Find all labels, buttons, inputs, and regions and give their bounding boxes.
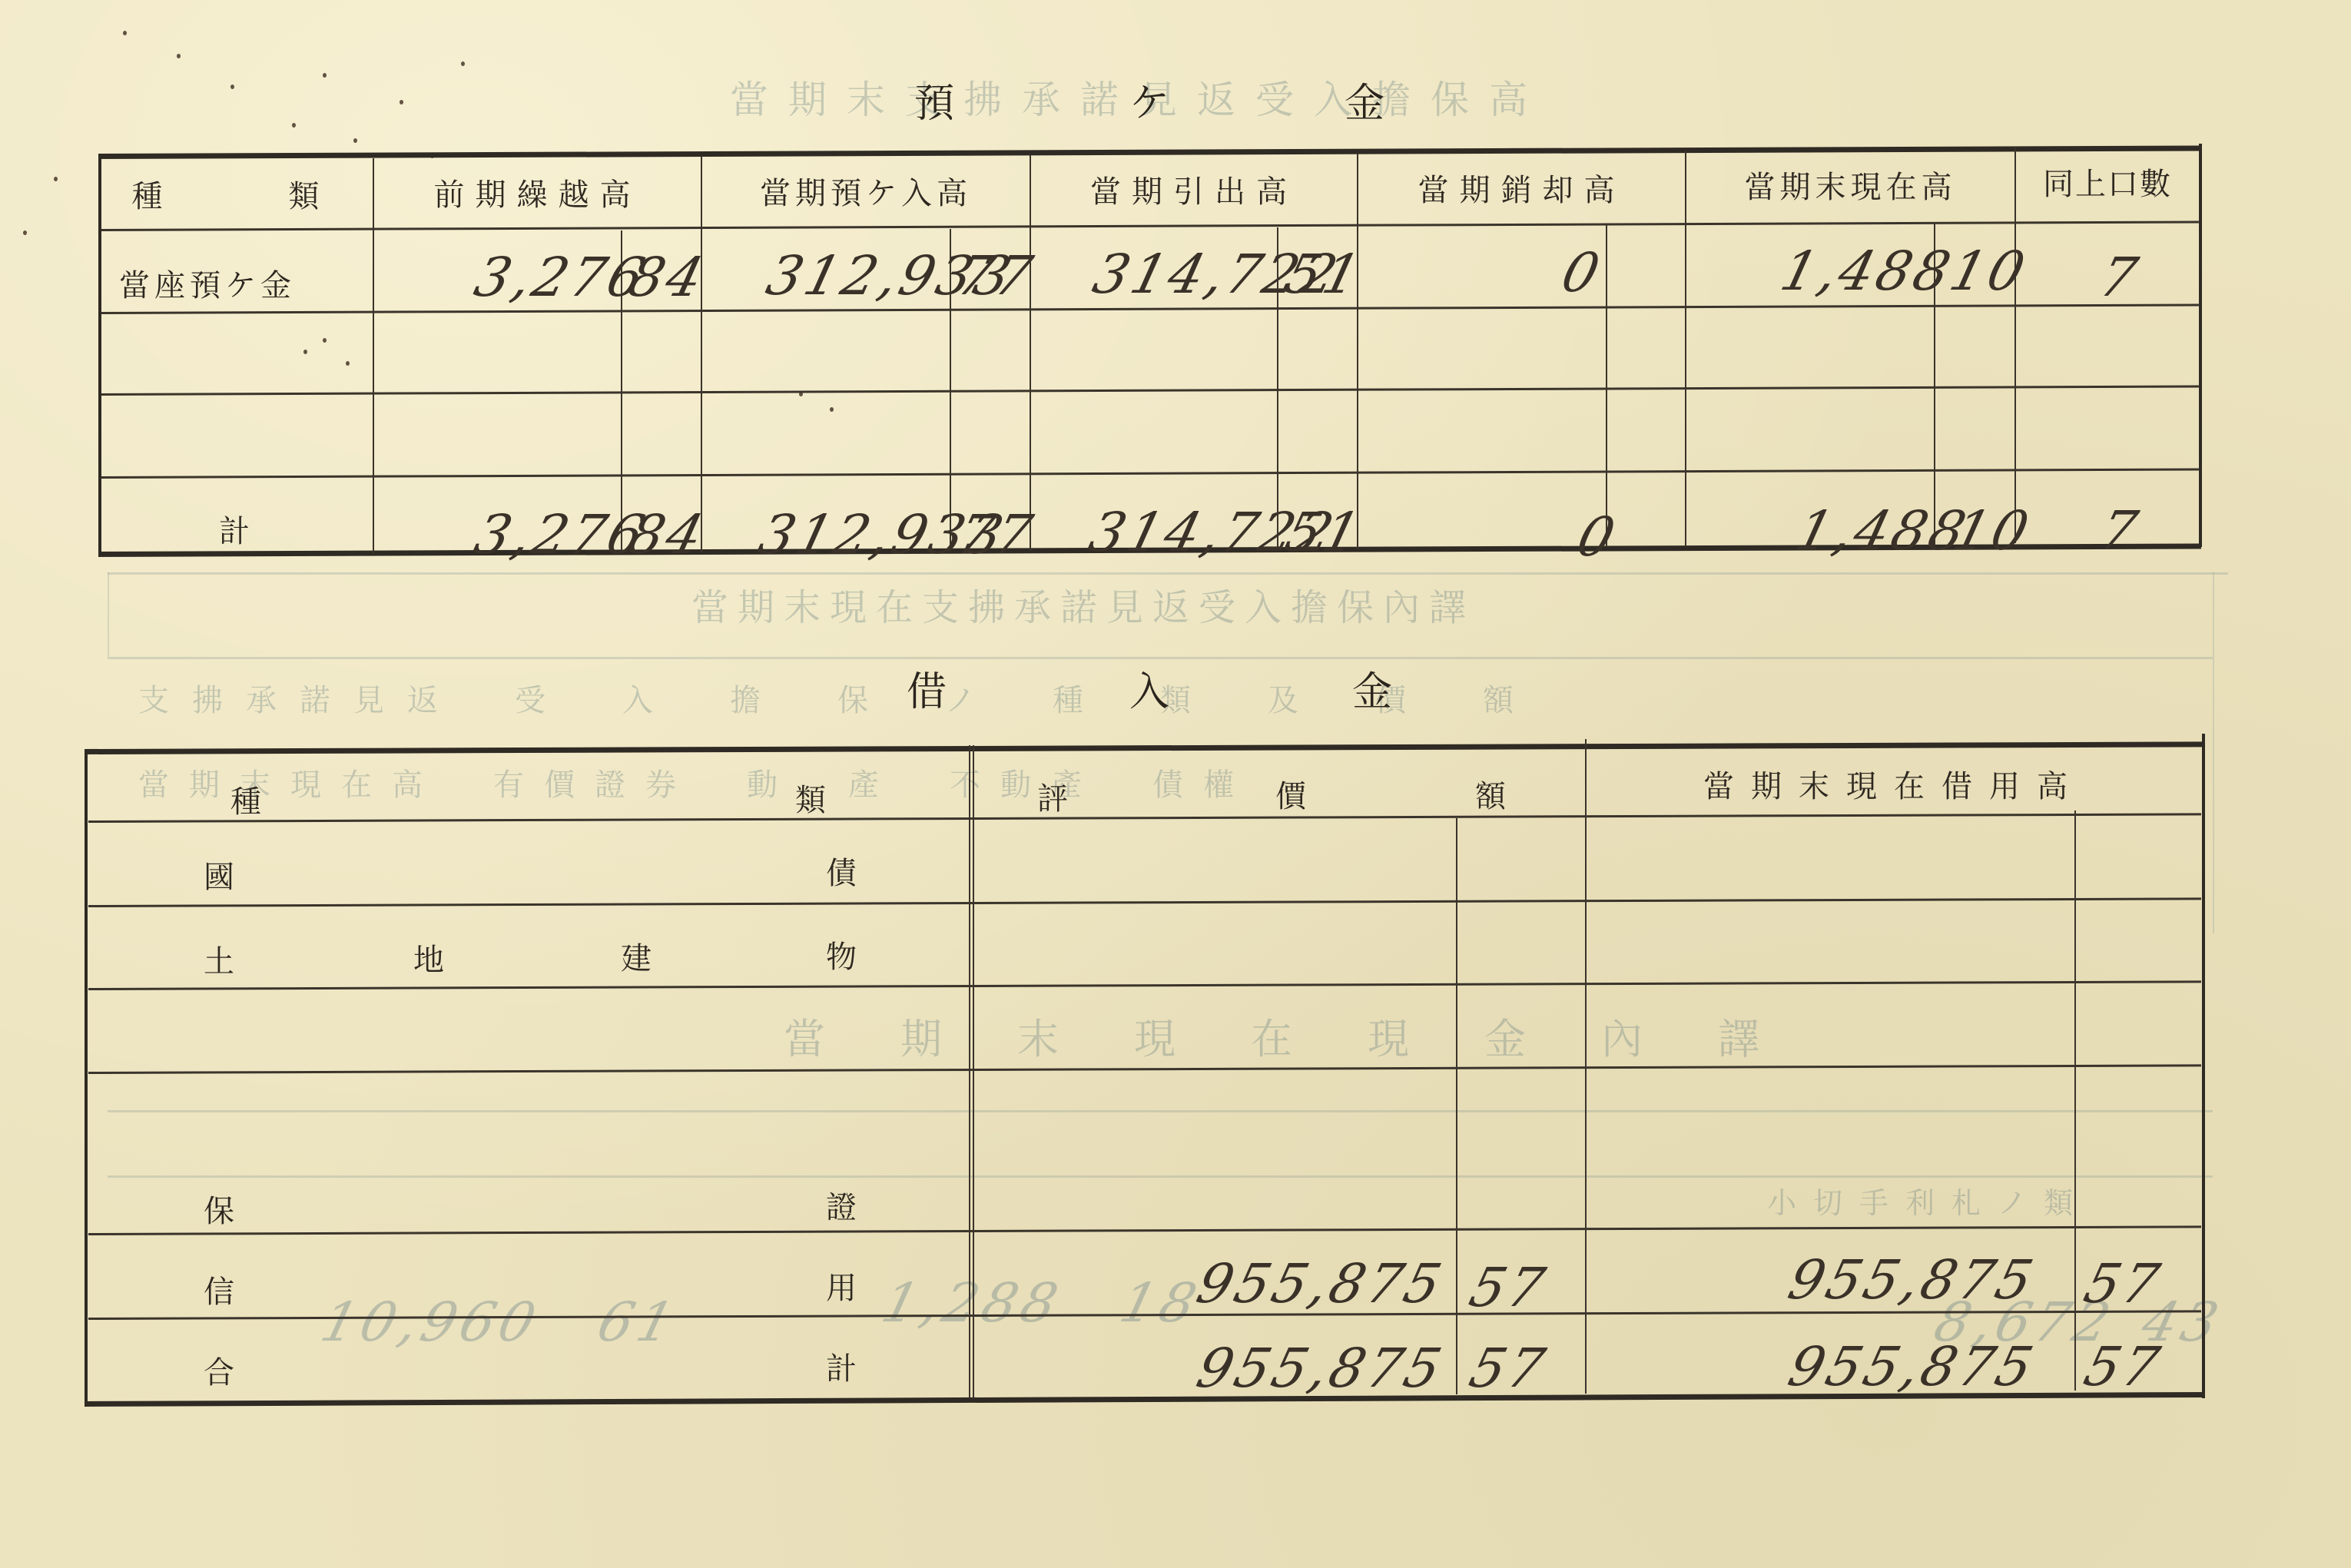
header-account-count: 同上口數 [2016,149,2199,214]
total-prev-carryover-sen: 84 [622,503,713,566]
borrow-header-type-right: 類 [795,776,826,820]
borrow-row-guarantee-right: 證 [826,1183,857,1227]
borrow-total-collateral-sen: 57 [1464,1337,1554,1400]
cell-period-withdrawals-sen: 51 [1279,243,1370,306]
bleed-through-row: 小切手利札ノ類 [1767,1179,2090,1222]
borrow-row-guarantee-left: 保 [204,1187,234,1231]
borrow-row-credit-left: 信 [204,1268,234,1311]
bleed-through-row: 支拂承諾見返 受 入 擔 保 ノ 種 類 及 價 額 [138,676,1537,720]
bleed-through-number: 61 [592,1291,685,1354]
borrow-total-collateral-yen: 955,875 [1191,1337,1451,1400]
row-type-current-deposit: 當座預ケ金 [119,261,296,305]
header-period-writeoff: 當期銷却高 [1358,155,1685,220]
header-period-deposits: 當期預ケ入高 [702,158,1030,224]
borrow-header-type-left: 種 [230,777,261,821]
header-period-withdrawals: 當期引出高 [1031,157,1357,222]
borrow-row-total-right: 計 [826,1344,857,1388]
borrowings-title-char: 金 [1352,659,1392,717]
header-type: 種 類 [100,161,373,227]
cell-period-end-balance-sen: 10 [1944,240,2034,303]
deposits-title-char: ケ [1129,71,1169,128]
total-period-writeoff: 0 [1571,506,1624,569]
borrow-total-borrowed-yen: 955,875 [1782,1335,2042,1398]
borrow-header-collateral-value: 額 [1475,772,1506,816]
deposits-title-char: 預 [914,71,954,128]
cell-period-end-balance-yen: 1,488 [1775,240,1960,303]
borrow-row-gov-bonds-right: 債 [826,849,857,893]
borrow-row-real-estate-char: 土 [204,937,234,981]
total-period-end-balance-yen: 1,488 [1790,499,1975,562]
header-period-end-balance: 當期末現在高 [1686,152,2014,217]
borrow-credit-borrowed-yen: 955,875 [1782,1248,2042,1311]
borrow-row-total-left: 合 [204,1348,234,1392]
borrowings-title-char: 入 [1129,659,1169,717]
cell-period-deposits-sen: 77 [951,244,1042,307]
total-period-deposits-sen: 77 [951,503,1042,566]
borrow-total-borrowed-sen: 57 [2078,1335,2169,1398]
total-period-withdrawals-sen: 51 [1279,501,1370,564]
total-label: 計 [219,507,250,551]
bleed-through-number: 10,960 [315,1291,546,1354]
deposits-title-char: 金 [1345,71,1384,128]
bleed-through-heading: 當 期 末 現 在 現 金 內 譯 [784,1006,1776,1066]
borrow-row-real-estate-char: 建 [621,934,652,978]
cell-period-writeoff: 0 [1556,241,1609,304]
cell-account-count: 7 [2094,246,2147,309]
header-prev-carryover: 前期繰越高 [374,160,701,225]
borrow-header-collateral-prefix: 評 [1037,774,1068,818]
borrowings-title-char: 借 [907,659,947,717]
cell-prev-carryover-sen: 84 [622,246,713,309]
borrow-row-credit-right: 用 [826,1264,857,1308]
borrow-row-real-estate-char: 地 [413,936,444,980]
borrow-credit-collateral-yen: 955,875 [1191,1252,1451,1315]
borrow-header-collateral-value: 價 [1275,772,1306,816]
borrow-row-real-estate-char: 物 [826,933,857,976]
bleed-through-row: 當期末現在高 有價證券 動 產 不動產 債權 [138,761,1254,804]
borrow-header-period-end-borrowed: 當期末現在借用高 [1590,749,2197,818]
borrow-row-gov-bonds-left: 國 [204,853,234,897]
total-period-end-balance-sen: 10 [1948,499,2038,562]
borrow-credit-borrowed-sen: 57 [2078,1252,2169,1315]
borrow-credit-collateral-sen: 57 [1464,1256,1554,1319]
bleed-through-heading: 當期末現在支拂承諾見返受入擔保內譯 [691,578,1475,631]
total-account-count: 7 [2094,499,2147,562]
